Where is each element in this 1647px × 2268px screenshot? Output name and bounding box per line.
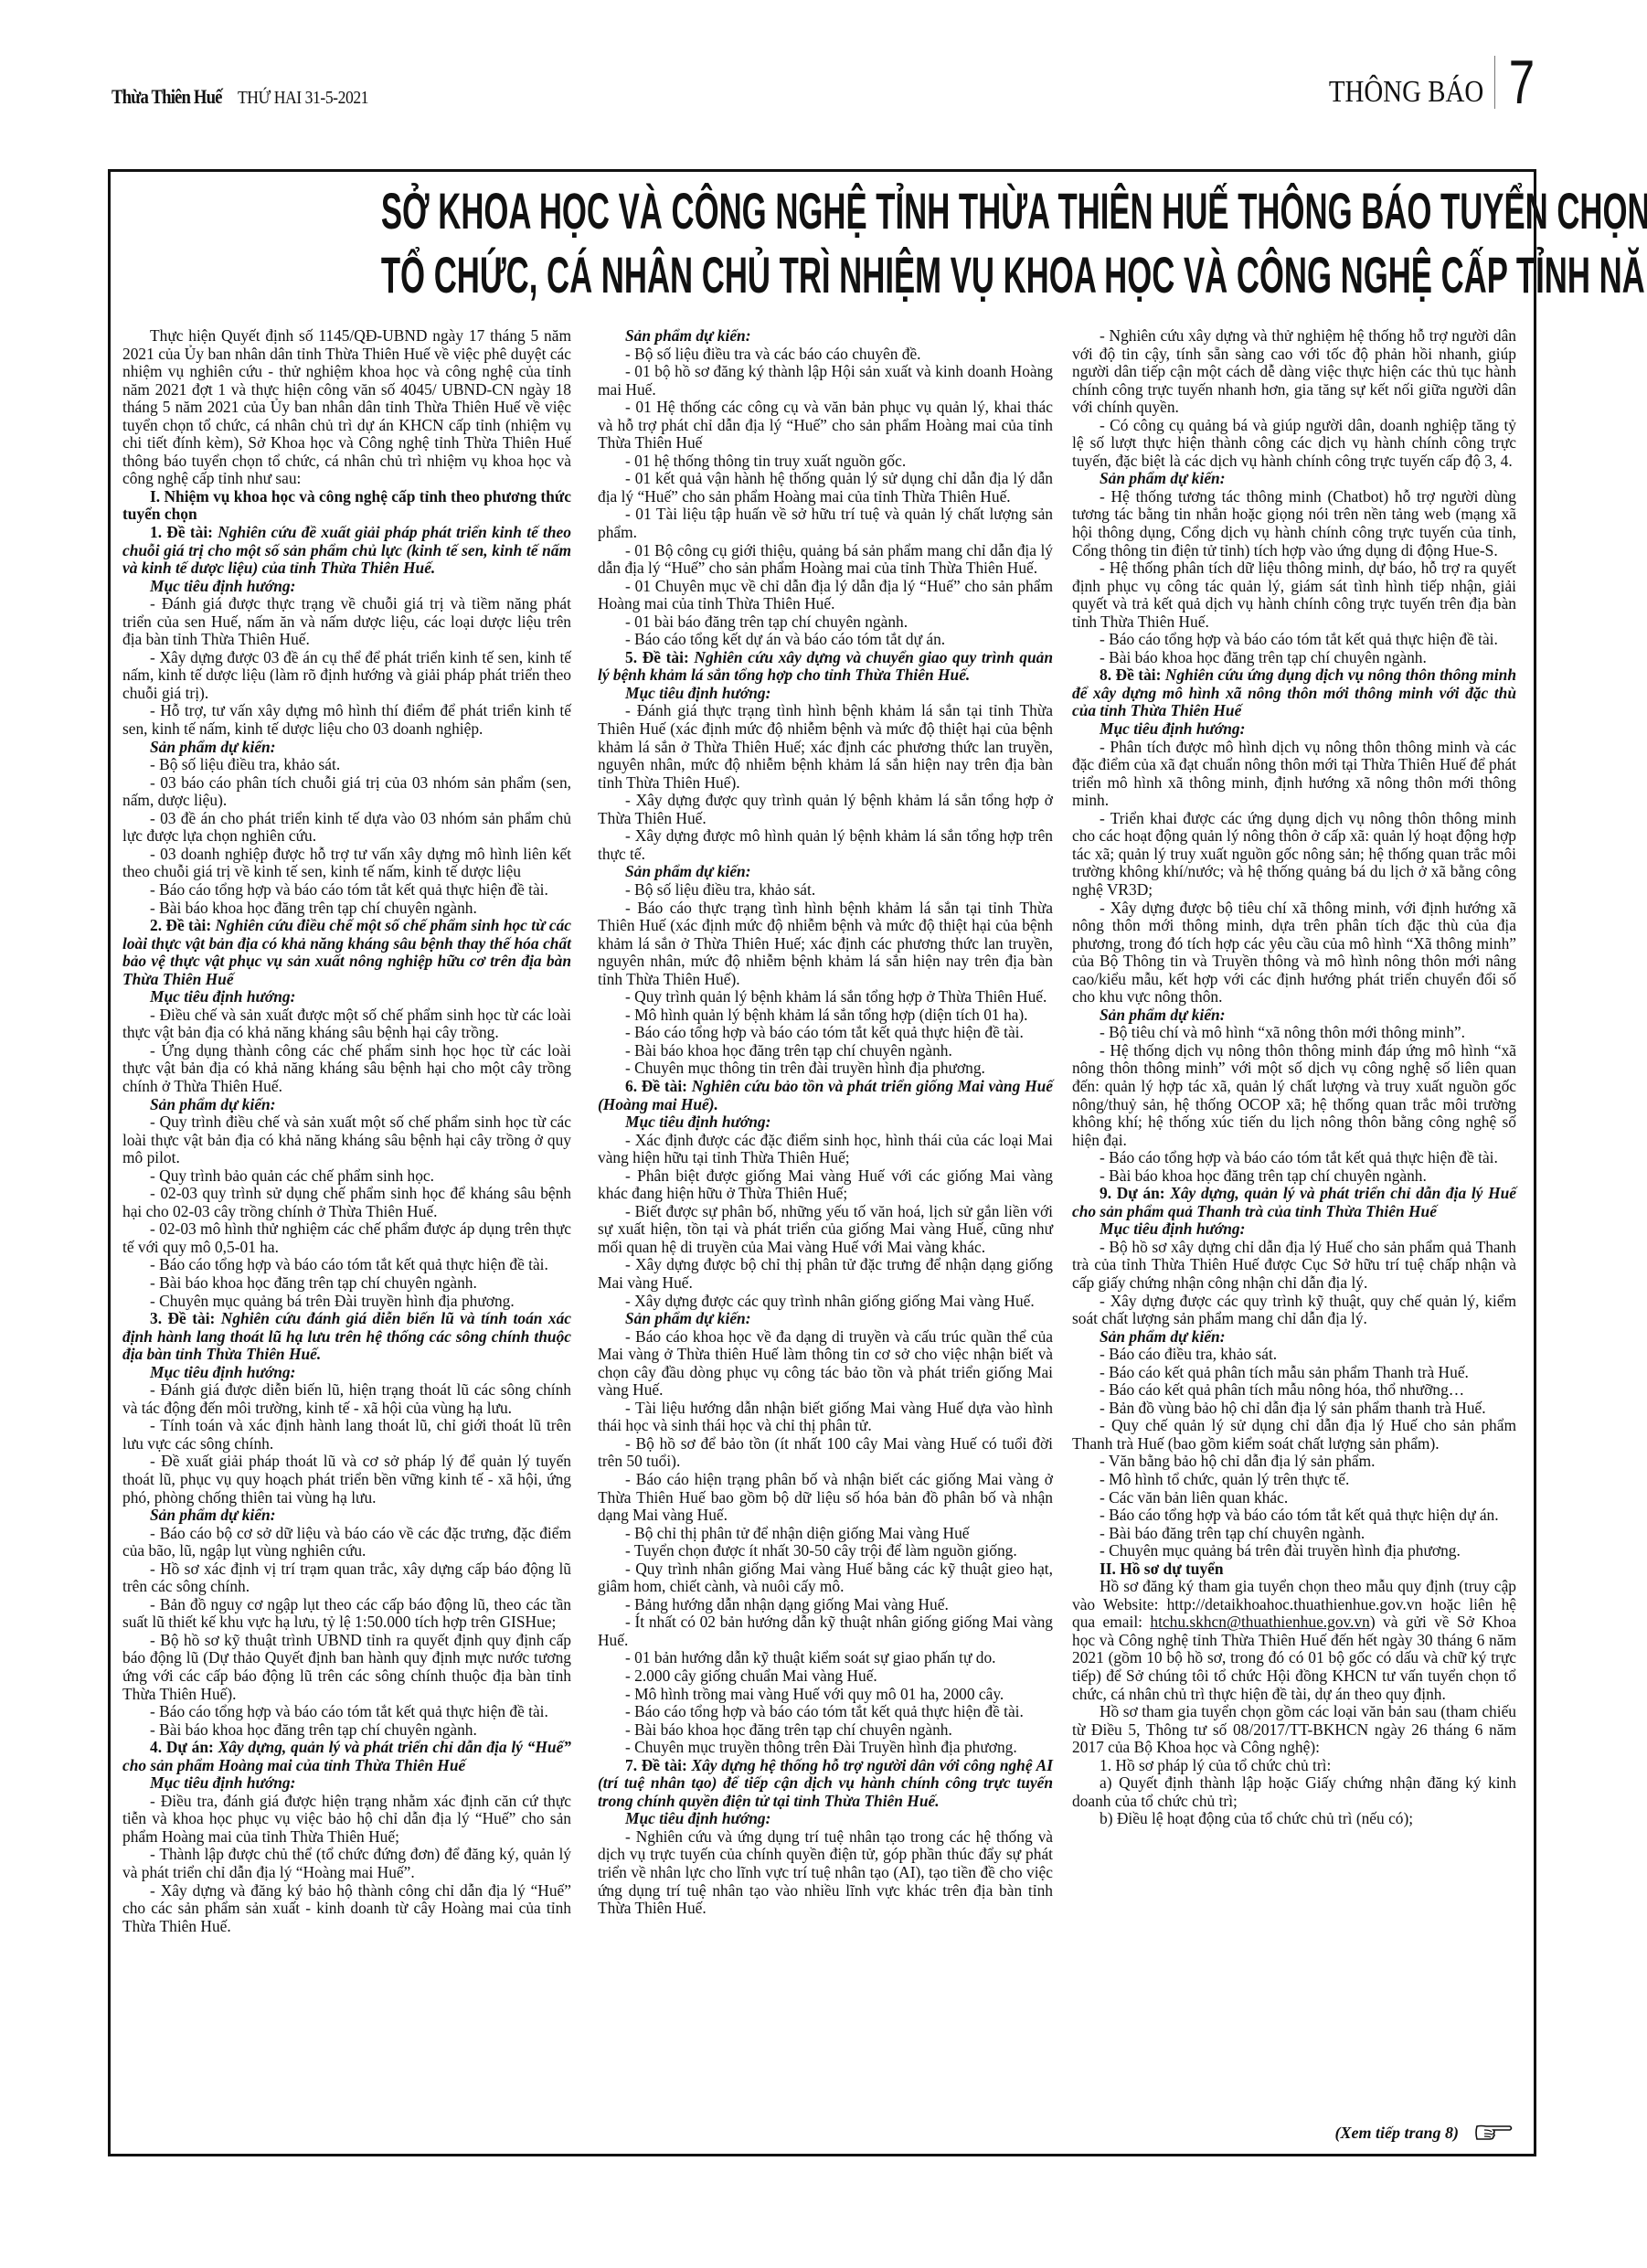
task-3-title: 3. Đề tài: Nghiên cứu đánh giá diễn biến… [122,1310,571,1364]
task-item: - Chuyên mục quảng bá trên Đài truyền hì… [122,1293,571,1311]
task-item: - Báo cáo bộ cơ sở dữ liệu và báo cáo về… [122,1525,571,1560]
task-item: - Đánh giá được diễn biến lũ, hiện trạng… [122,1381,571,1417]
task-item: - Bài báo khoa học đăng trên tạp chí chu… [122,1274,571,1293]
task-item: - Xây dựng được các quy trình kỹ thuật, … [1072,1293,1516,1328]
task-item: - Bản đồ nguy cơ ngập lụt theo các cấp b… [122,1596,571,1632]
task-item: - Báo cáo kết quả phân tích mẫu nông hóa… [1072,1381,1516,1400]
masthead-left: Thừa Thiên Huế THỨ HAI 31-5-2021 [112,85,386,109]
article-frame: SỞ KHOA HỌC VÀ CÔNG NGHỆ TỈNH THỪA THIÊN… [108,169,1536,2156]
task-item: - Chuyên mục thông tin trên đài truyền h… [598,1059,1053,1078]
task-item: - Bộ số liệu điều tra, khảo sát. [122,756,571,774]
task-item: - Xây dựng được bộ tiêu chí xã thông min… [1072,900,1516,1006]
section-1-heading: I. Nhiệm vụ khoa học và công nghệ cấp tỉ… [122,488,571,524]
section-name: THÔNG BÁO [1329,75,1483,110]
task-item: - Báo cáo tổng hợp và báo cáo tóm tắt kế… [1072,1507,1516,1525]
section-2-heading: II. Hồ sơ dự tuyển [1072,1560,1516,1579]
task-item: - 01 Tài liệu tập huấn về sở hữu trí tuệ… [598,506,1053,541]
task-5-title: 5. Đề tài: Nghiên cứu xây dựng và chuyển… [598,649,1053,685]
task-item: - Báo cáo tổng hợp và báo cáo tóm tắt kế… [122,1256,571,1274]
task-item: - Báo cáo tổng kết dự án và báo cáo tóm … [598,631,1053,649]
task-item: - Báo cáo tổng hợp và báo cáo tóm tắt kế… [1072,631,1516,649]
task-4-title: 4. Dự án: Xây dựng, quản lý và phát triể… [122,1739,571,1774]
products-label: Sản phẩm dự kiến: [1072,1328,1516,1347]
task-item: - Đánh giá được thực trạng về chuỗi giá … [122,595,571,649]
task-item: - Báo cáo tổng hợp và báo cáo tóm tắt kế… [598,1024,1053,1042]
task-item: - Ứng dụng thành công các chế phẩm sinh … [122,1042,571,1096]
objectives-label: Mục tiêu định hướng: [122,578,571,596]
issue-date: THỨ HAI 31-5-2021 [238,88,368,109]
task-item: - Nghiên cứu xây dựng và thử nghiệm hệ t… [1072,327,1516,417]
article-body: Thực hiện Quyết định số 1145/QĐ-UBND ngà… [122,327,1522,2099]
objectives-label: Mục tiêu định hướng: [1072,1220,1516,1239]
column-2: Sản phẩm dự kiến: - Bộ số liệu điều tra … [598,327,1053,1918]
newspaper-name: Thừa Thiên Huế [112,85,222,109]
documents-item-1: 1. Hồ sơ pháp lý của tổ chức chủ trì: [1072,1757,1516,1775]
task-9-title: 9. Dự án: Xây dựng, quản lý và phát triể… [1072,1185,1516,1220]
task-item: - Quy trình quản lý bệnh khảm lá sắn tổn… [598,988,1053,1006]
task-item: - Tài liệu hướng dẫn nhận biết giống Mai… [598,1400,1053,1435]
objectives-label: Mục tiêu định hướng: [122,1774,571,1793]
task-item: - 01 hệ thống thông tin truy xuất nguồn … [598,453,1053,471]
page-number: 7 [1509,51,1535,113]
products-label: Sản phẩm dự kiến: [122,739,571,757]
task-7-title: 7. Đề tài: Xây dựng hệ thống hỗ trợ ngườ… [598,1757,1053,1811]
task-item: - Tuyển chọn được ít nhất 30-50 cây trội… [598,1542,1053,1560]
task-item: - Có công cụ quảng bá và giúp người dân,… [1072,417,1516,471]
task-item: - Xây dựng được quy trình quản lý bệnh k… [598,792,1053,827]
task-item: - Báo cáo hiện trạng phân bố và nhận biế… [598,1471,1053,1525]
task-item: - Đánh giá thực trạng tình hình bệnh khả… [598,702,1053,792]
task-item: - Báo cáo tổng hợp và báo cáo tóm tắt kế… [122,881,571,900]
task-item: - Mô hình trồng mai vàng Huế với quy mô … [598,1686,1053,1704]
task-item: - Xây dựng được 03 đề án cụ thể để phát … [122,649,571,703]
task-item: - Hệ thống tương tác thông minh (Chatbot… [1072,488,1516,559]
task-item: - 01 kết quả vận hành hệ thống quản lý s… [598,470,1053,506]
task-item: - Bài báo khoa học đăng trên tạp chí chu… [1072,649,1516,667]
task-item: - Bộ tiêu chí và mô hình “xã nông thôn m… [1072,1024,1516,1042]
task-item: - Bộ hồ sơ để bảo tồn (ít nhất 100 cây M… [598,1435,1053,1471]
headline-line-1: SỞ KHOA HỌC VÀ CÔNG NGHỆ TỈNH THỪA THIÊN… [381,179,1263,243]
task-item: - 01 bộ hồ sơ đăng ký thành lập Hội sản … [598,363,1053,399]
task-6-title: 6. Đề tài: Nghiên cứu bảo tồn và phát tr… [598,1078,1053,1113]
continue-note: (Xem tiếp trang 8) [1335,2123,1514,2143]
task-item: - Báo cáo thực trạng tình hình bệnh khảm… [598,900,1053,989]
task-item: - Chuyên mục truyền thông trên Đài Truyề… [598,1739,1053,1757]
products-label: Sản phẩm dự kiến: [1072,1006,1516,1025]
objectives-label: Mục tiêu định hướng: [598,685,1053,703]
task-item: - Xây dựng được bộ chỉ thị phân tử đặc t… [598,1256,1053,1292]
task-item: - Báo cáo tổng hợp và báo cáo tóm tắt kế… [598,1703,1053,1721]
task-item: - 02-03 mô hình thử nghiệm các chế phẩm … [122,1220,571,1256]
task-item: - Quy trình bảo quản các chế phẩm sinh h… [122,1167,571,1186]
task-item: - Bộ số liệu điều tra, khảo sát. [598,881,1053,900]
task-item: - Bộ hồ sơ kỹ thuật trình UBND tỉnh ra q… [122,1632,571,1703]
pointing-hand-icon [1473,2123,1514,2143]
task-item: - Tính toán và xác định hành lang thoát … [122,1417,571,1453]
task-item: - Báo cáo khoa học về đa dạng di truyền … [598,1328,1053,1400]
task-item: - Triển khai được các ứng dụng dịch vụ n… [1072,810,1516,900]
task-item: - 2.000 cây giống chuẩn Mai vàng Huế. [598,1667,1053,1686]
task-item: - 01 Chuyên mục về chỉ dẫn địa lý dẫn đị… [598,578,1053,613]
masthead-right: THÔNG BÁO 7 [1302,51,1539,113]
products-label: Sản phẩm dự kiến: [598,863,1053,881]
continue-text: (Xem tiếp trang 8) [1335,2124,1460,2143]
task-item: - 02-03 quy trình sử dụng chế phẩm sinh … [122,1185,571,1220]
task-item: - Bài báo đăng trên tạp chí chuyên ngành… [1072,1525,1516,1543]
task-item: - Phân biệt được giống Mai vàng Huế với … [598,1167,1053,1203]
task-item: - 01 bài báo đăng trên tạp chí chuyên ng… [598,613,1053,632]
task-item: - Biết được sự phân bố, những yếu tố văn… [598,1203,1053,1257]
task-item: - 03 báo cáo phân tích chuỗi giá trị của… [122,774,571,810]
task-8-title: 8. Đề tài: Nghiên cứu ứng dụng dịch vụ n… [1072,666,1516,720]
task-item: - Điều tra, đánh giá được hiện trạng nhằ… [122,1793,571,1847]
column-3: - Nghiên cứu xây dựng và thử nghiệm hệ t… [1072,327,1516,1828]
products-label: Sản phẩm dự kiến: [122,1096,571,1114]
task-item: - Xây dựng được mô hình quản lý bệnh khả… [598,827,1053,863]
task-item: - Đề xuất giải pháp thoát lũ và cơ sở ph… [122,1453,571,1507]
objectives-label: Mục tiêu định hướng: [122,988,571,1006]
column-1: Thực hiện Quyết định số 1145/QĐ-UBND ngà… [122,327,571,1935]
task-item: - 01 Hệ thống các công cụ và văn bản phụ… [598,399,1053,453]
task-2-title: 2. Đề tài: Nghiên cứu điều chế một số ch… [122,917,571,988]
task-item: - Bài báo khoa học đăng trên tạp chí chu… [122,1721,571,1740]
products-label: Sản phẩm dự kiến: [1072,470,1516,488]
task-item: - Bộ chỉ thị phân tử để nhận diện giống … [598,1525,1053,1543]
task-item: - Ít nhất có 02 bản hướng dẫn kỹ thuật n… [598,1613,1053,1649]
task-item: - Quy chế quản lý sử dụng chỉ dẫn địa lý… [1072,1417,1516,1453]
article-headline: SỞ KHOA HỌC VÀ CÔNG NGHỆ TỈNH THỪA THIÊN… [111,179,1534,307]
documents-paragraph: Hồ sơ tham gia tuyển chọn gồm các loại v… [1072,1703,1516,1757]
task-item: - Bộ hồ sơ xây dựng chỉ dẫn địa lý Huế c… [1072,1239,1516,1293]
task-item: - Xác định được các đặc điểm sinh học, h… [598,1132,1053,1167]
task-item: - 03 đề án cho phát triển kinh tế dựa và… [122,810,571,846]
task-item: - Xây dựng được các quy trình nhân giống… [598,1293,1053,1311]
task-item: - Chuyên mục quảng bá trên đài truyền hì… [1072,1542,1516,1560]
task-item: - Hệ thống phân tích dữ liệu thông minh,… [1072,559,1516,631]
section-divider [1494,56,1495,109]
task-item: - 01 Bộ công cụ giới thiệu, quảng bá sản… [598,542,1053,578]
headline-line-2: TỔ CHỨC, CÁ NHÂN CHỦ TRÌ NHIỆM VỤ KHOA H… [381,243,1263,307]
task-item: - Quy trình nhân giống Mai vàng Huế bằng… [598,1560,1053,1596]
task-item: - Hệ thống dịch vụ nông thôn thông minh … [1072,1042,1516,1149]
task-item: - Quy trình điều chế và sản xuất một số … [122,1113,571,1167]
task-item: - Bài báo khoa học đăng trên tạp chí chu… [598,1042,1053,1060]
intro-paragraph: Thực hiện Quyết định số 1145/QĐ-UBND ngà… [122,327,571,488]
task-item: - Phân tích được mô hình dịch vụ nông th… [1072,739,1516,810]
task-item: - Văn bằng bảo hộ chỉ dẫn địa lý sản phẩ… [1072,1453,1516,1471]
application-paragraph: Hồ sơ đăng ký tham gia tuyển chọn theo m… [1072,1578,1516,1703]
task-item: - Báo cáo tổng hợp và báo cáo tóm tắt kế… [122,1703,571,1721]
products-label: Sản phẩm dự kiến: [598,1310,1053,1328]
documents-item-b: b) Điều lệ hoạt động của tổ chức chủ trì… [1072,1810,1516,1828]
objectives-label: Mục tiêu định hướng: [1072,720,1516,739]
task-item: - Bài báo khoa học đăng trên tạp chí chu… [598,1721,1053,1740]
task-item: - 01 bản hướng dẫn kỹ thuật kiểm soát sự… [598,1649,1053,1667]
task-item: - Bộ số liệu điều tra và các báo cáo chu… [598,346,1053,364]
documents-item-a: a) Quyết định thành lập hoặc Giấy chứng … [1072,1774,1516,1810]
task-item: - Báo cáo tổng hợp và báo cáo tóm tắt kế… [1072,1149,1516,1167]
task-item: - Báo cáo điều tra, khảo sát. [1072,1346,1516,1364]
objectives-label: Mục tiêu định hướng: [598,1113,1053,1132]
task-1-title: 1. Đề tài: Nghiên cứu đề xuất giải pháp … [122,524,571,578]
task-item: - Bài báo khoa học đăng trên tạp chí chu… [122,900,571,918]
task-item: - Mô hình quản lý bệnh khảm lá sắn tổng … [598,1006,1053,1025]
task-item: - Các văn bản liên quan khác. [1072,1489,1516,1507]
objectives-label: Mục tiêu định hướng: [122,1364,571,1382]
task-item: - Nghiên cứu và ứng dụng trí tuệ nhân tạ… [598,1828,1053,1918]
task-item: - Điều chế và sản xuất được một số chế p… [122,1006,571,1042]
task-item: - Bản đồ vùng bảo hộ chỉ dẫn địa lý sản … [1072,1400,1516,1418]
task-item: - 03 doanh nghiệp được hỗ trợ tư vấn xây… [122,846,571,881]
contact-email-link[interactable]: htchu.skhcn@thuathienhue.gov.vn [1150,1613,1369,1631]
task-item: - Báo cáo kết quả phân tích mẫu sản phẩm… [1072,1364,1516,1382]
task-item: - Thành lập được chủ thể (tổ chức đứng đ… [122,1846,571,1881]
products-label: Sản phẩm dự kiến: [122,1507,571,1525]
task-item: - Hỗ trợ, tư vấn xây dựng mô hình thí đi… [122,702,571,738]
task-item: - Xây dựng và đăng ký bảo hộ thành công … [122,1882,571,1936]
task-item: - Mô hình tổ chức, quản lý trên thực tế. [1072,1471,1516,1489]
task-item: - Bài báo khoa học đăng trên tạp chí chu… [1072,1167,1516,1186]
task-item: - Bảng hướng dẫn nhận dạng giống Mai vàn… [598,1596,1053,1614]
objectives-label: Mục tiêu định hướng: [598,1810,1053,1828]
task-item: - Hồ sơ xác định vị trí trạm quan trắc, … [122,1560,571,1596]
products-label: Sản phẩm dự kiến: [598,327,1053,346]
